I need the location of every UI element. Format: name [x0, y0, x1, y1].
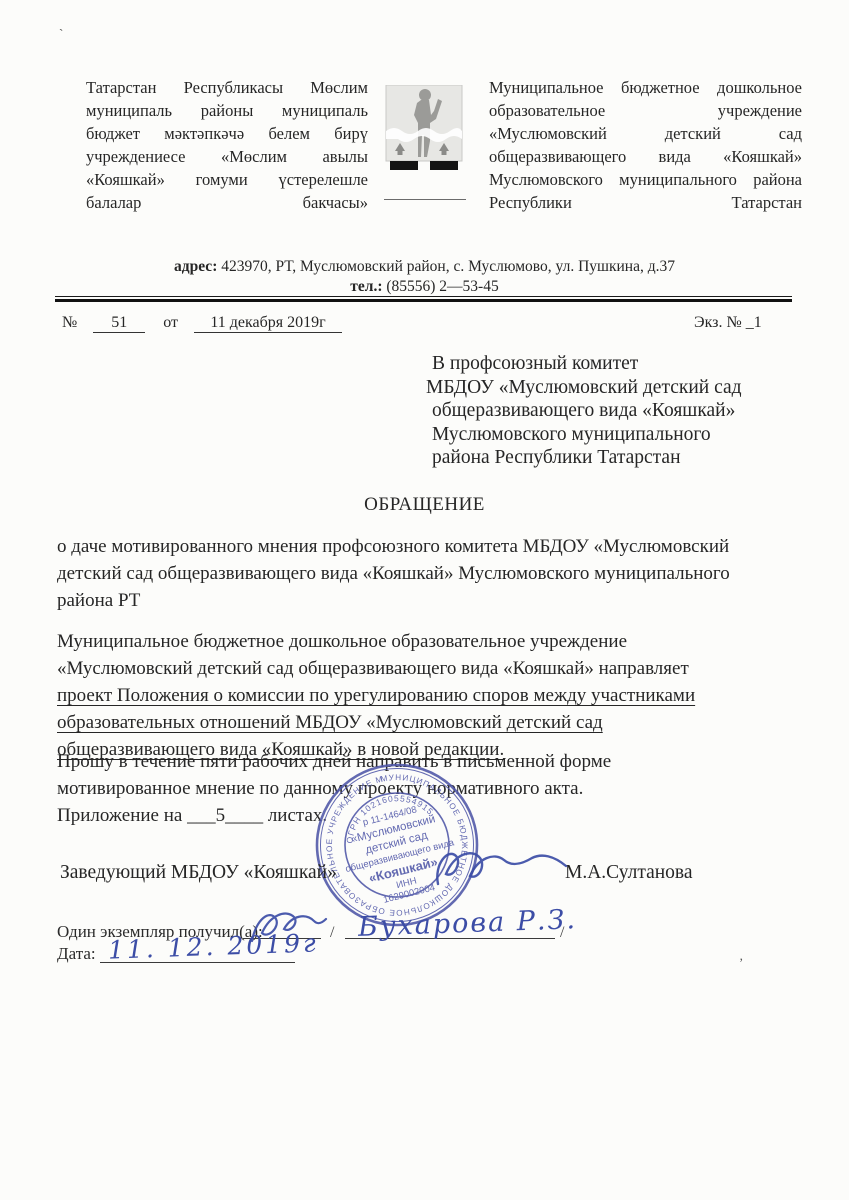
scan-artifact-mark: `: [59, 26, 63, 42]
phone-label: тел.:: [350, 278, 382, 295]
received-slash: /: [330, 924, 334, 942]
body-line-underlined: образовательных отношений МБДОУ «Муслюмо…: [57, 709, 695, 736]
org-name-russian: Муниципальное бюджетное дошкольное образ…: [489, 76, 802, 237]
received-slash: /: [560, 924, 564, 942]
director-signature: [432, 840, 572, 900]
address-value: 423970, РТ, Муслюмовский район, с. Муслю…: [221, 258, 675, 275]
copy-number: Экз. № _1: [694, 314, 762, 332]
scanned-letter-page: ` ’ Татарстан Республикасы Мөслим муници…: [0, 0, 849, 1200]
date-handwritten: 11. 12. 2019г: [108, 928, 320, 964]
addressee-line: Муслюмовского муниципального: [432, 423, 782, 447]
document-title: ОБРАЩЕНИЕ: [0, 494, 849, 516]
org-name-tatar: Татарстан Республикасы Мөслим муниципаль…: [86, 76, 368, 237]
subject-line: о даче мотивированного мнения профсоюзно…: [57, 533, 730, 560]
body-line-underlined: проект Положения о комиссии по урегулиро…: [57, 682, 695, 709]
body-line: «Муслюмовский детский сад общеразвивающе…: [57, 655, 695, 682]
address-label: адрес:: [174, 258, 217, 275]
date-label: Дата:: [57, 944, 96, 964]
signer-position: Заведующий МБДОУ «Кояшкай»: [60, 862, 337, 884]
phone-value: (85556) 2—53-45: [386, 278, 498, 295]
body-paragraph: Муниципальное бюджетное дошкольное образ…: [57, 628, 695, 763]
phone-line: тел.: (85556) 2—53-45: [0, 278, 849, 296]
ref-no-label: №: [62, 314, 77, 331]
addressee-block: В профсоюзный комитет МБДОУ «Муслюмовски…: [432, 352, 782, 470]
scan-artifact-mark: ’: [739, 955, 743, 971]
header-divider-rule: [55, 296, 792, 302]
body-line: Муниципальное бюджетное дошкольное образ…: [57, 628, 695, 655]
addressee-line: В профсоюзный комитет: [432, 352, 782, 376]
ref-from-label: от: [163, 314, 178, 331]
ref-no-value: 51: [93, 314, 145, 333]
coat-of-arms-icon: [384, 85, 464, 175]
subject-paragraph: о даче мотивированного мнения профсоюзно…: [57, 533, 730, 614]
address-line: адрес: 423970, РТ, Муслюмовский район, с…: [0, 258, 849, 276]
addressee-line: МБДОУ «Муслюмовский детский сад: [426, 376, 782, 400]
emblem: [384, 85, 464, 200]
director-signature-icon: [432, 840, 572, 900]
ref-number-row: № 51 от 11 декабря 2019г: [62, 314, 342, 333]
emblem-caption-line: [384, 199, 466, 200]
subject-line: района РТ: [57, 587, 730, 614]
subject-line: детский сад общеразвивающего вида «Кояшк…: [57, 560, 730, 587]
signer-name: М.А.Султанова: [565, 862, 693, 884]
addressee-line: района Республики Татарстан: [432, 446, 782, 470]
ref-date-value: 11 декабря 2019г: [194, 314, 342, 333]
addressee-line: общеразвивающего вида «Кояшкай»: [432, 399, 782, 423]
